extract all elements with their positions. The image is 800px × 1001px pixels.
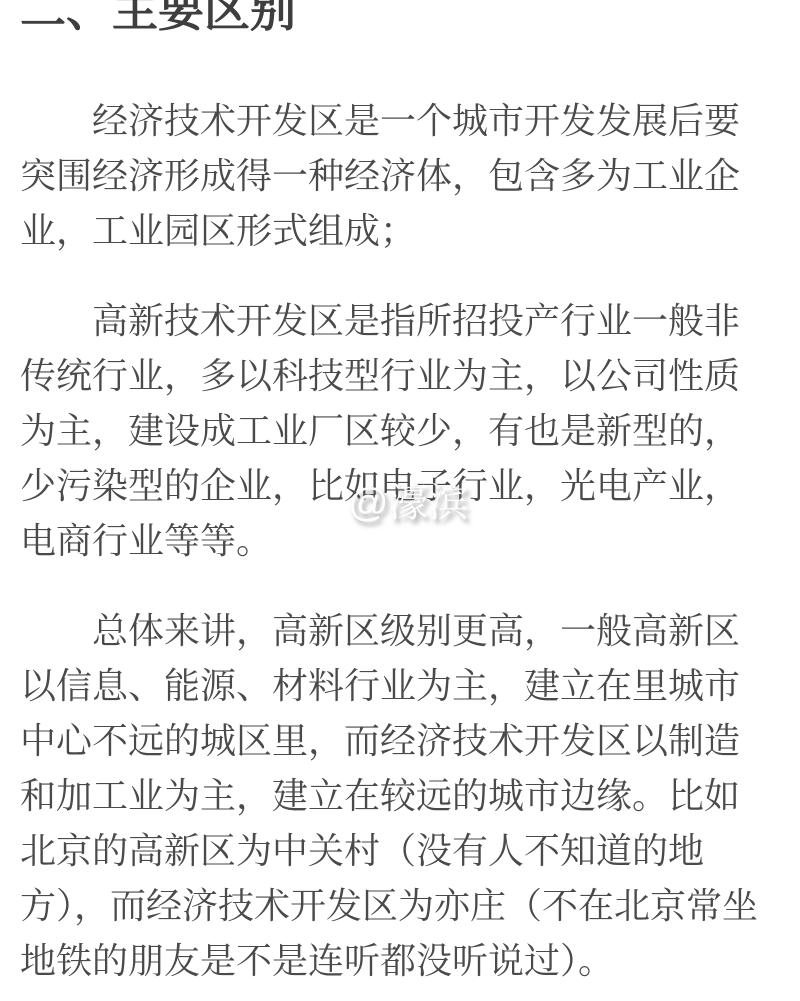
section-heading: 二、主要区别 [20,0,765,33]
paragraph-summary-comparison: 总体来讲，高新区级别更高，一般高新区以信息、能源、材料行业为主，建立在里城市中心… [20,603,765,988]
article-page: { "page": { "background_color": "#ffffff… [0,0,800,1001]
article-body: 二、主要区别 经济技术开发区是一个城市开发发展后要突围经济形成得一种经济体，包含… [0,0,800,988]
paragraph-hightech-zone: 高新技术开发区是指所招投产行业一般非传统行业，多以科技型行业为主，以公司性质为主… [20,293,765,568]
paragraph-economic-zone: 经济技术开发区是一个城市开发发展后要突围经济形成得一种经济体，包含多为工业企业，… [20,93,765,258]
